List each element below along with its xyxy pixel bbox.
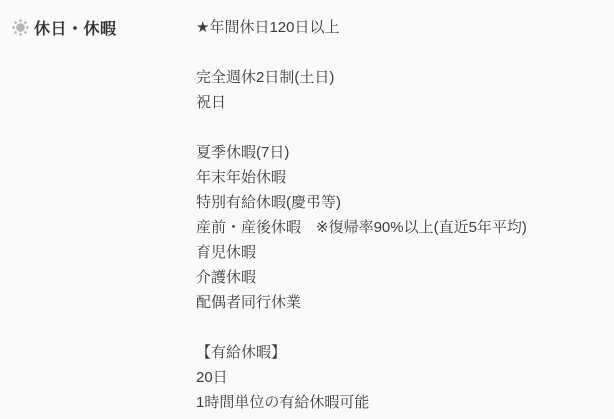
content-line-public-holidays: 祝日 (196, 90, 614, 115)
content-line-summer-vacation: 夏季休暇(7日) (196, 140, 614, 165)
content-line-blank (196, 115, 614, 140)
content-line-new-year-vacation: 年末年始休暇 (196, 165, 614, 190)
content-line-paid-leave-days: 20日 (196, 365, 614, 390)
content-line-blank (196, 315, 614, 340)
section-header: 休日・休暇 (12, 15, 196, 40)
content-line-two-day-weekend: 完全週休2日制(土日) (196, 65, 614, 90)
sun-icon (12, 19, 29, 36)
content-line-annual-holidays: ★年間休日120日以上 (196, 15, 614, 40)
section-title: 休日・休暇 (34, 16, 117, 39)
content-line-paid-leave-heading: 【有給休暇】 (196, 340, 614, 365)
holiday-vacation-section: 休日・休暇 ★年間休日120日以上 完全週休2日制(土日) 祝日 夏季休暇(7日… (0, 0, 614, 415)
content-line-spouse-accompany-leave: 配偶者同行休業 (196, 290, 614, 315)
content-line-childcare-leave: 育児休暇 (196, 240, 614, 265)
section-content: ★年間休日120日以上 完全週休2日制(土日) 祝日 夏季休暇(7日) 年末年始… (196, 15, 614, 415)
content-line-hourly-paid-leave: 1時間単位の有給休暇可能 (196, 390, 614, 415)
content-line-maternity-leave: 産前・産後休暇 ※復帰率90%以上(直近5年平均) (196, 215, 614, 240)
content-line-blank (196, 40, 614, 65)
content-line-special-paid-leave: 特別有給休暇(慶弔等) (196, 190, 614, 215)
content-line-nursing-care-leave: 介護休暇 (196, 265, 614, 290)
